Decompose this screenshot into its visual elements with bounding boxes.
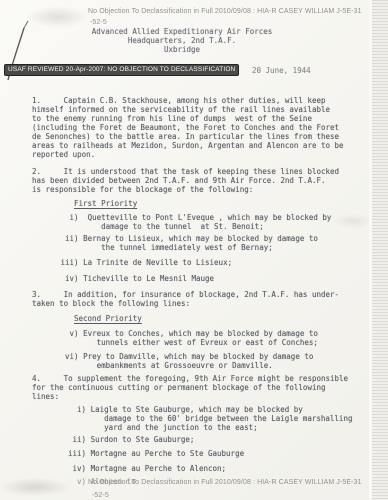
section-4-item-ii: ii) Surdon to Ste Gauburge; xyxy=(68,435,374,444)
first-priority-heading: First Priority xyxy=(74,199,374,208)
letterhead-organization: Advanced Allied Expeditionary Air Forces xyxy=(72,27,292,36)
usaf-review-banner: USAF REVIEWED 20-Apr-2007: NO OBJECTION … xyxy=(4,64,239,76)
second-priority-item-v: v) Evreux to Conches, which may be block… xyxy=(56,329,374,347)
second-priority-heading: Second Priority xyxy=(74,314,374,323)
first-priority-item-iv: iv) Ticheville to Le Mesnil Mauge xyxy=(56,274,374,283)
letterhead-location: Uxbridge xyxy=(72,45,292,54)
first-priority-item-ii: ii) Bernay to Lisieux, which may be bloc… xyxy=(56,234,374,252)
declassification-stamp-top: No Objection To Declassification in Full… xyxy=(88,8,362,16)
scanned-document-page: No Objection To Declassification in Full… xyxy=(0,0,388,500)
first-priority-item-iii: iii) La Trinite de Neville to Lisieux; xyxy=(56,258,374,267)
letterhead: Advanced Allied Expeditionary Air Forces… xyxy=(72,27,292,54)
reference-number-bottom: -52-5 xyxy=(92,492,109,500)
first-priority-item-i: i) Quetteville to Pont L'Eveque , which … xyxy=(56,213,374,231)
document-body: 1. Captain C.B. Stackhouse, among his ot… xyxy=(32,96,374,486)
paragraph-1: 1. Captain C.B. Stackhouse, among his ot… xyxy=(32,96,374,159)
pen-mark xyxy=(0,16,40,91)
second-priority-item-vi: vi) Prey to Damville, which may be block… xyxy=(56,352,374,370)
letterhead-headquarters: Headquarters, 2nd T.A.F. xyxy=(72,36,292,45)
section-4-item-iii: iii) Mortagne au Perche to Ste Gauburge xyxy=(68,449,374,458)
section-4-item-i: i) Laigle to Ste Gauburge, which may be … xyxy=(68,405,374,432)
section-4-item-iv: iv) Mortagne au Perche to Alencon; xyxy=(68,464,374,473)
reference-number-top: -52-5 xyxy=(90,19,107,27)
document-date: 20 June, 1944 xyxy=(252,66,311,75)
paragraph-4: 4. To supplement the foregoing, 9th Air … xyxy=(32,374,374,401)
declassification-stamp-bottom: No Objection To Declassification in Full… xyxy=(88,479,362,487)
paragraph-2: 2. It is understood that the task of kee… xyxy=(32,167,374,194)
paragraph-3: 3. In addition, for insurance of blockag… xyxy=(32,290,374,308)
page-edge-texture xyxy=(369,0,388,500)
